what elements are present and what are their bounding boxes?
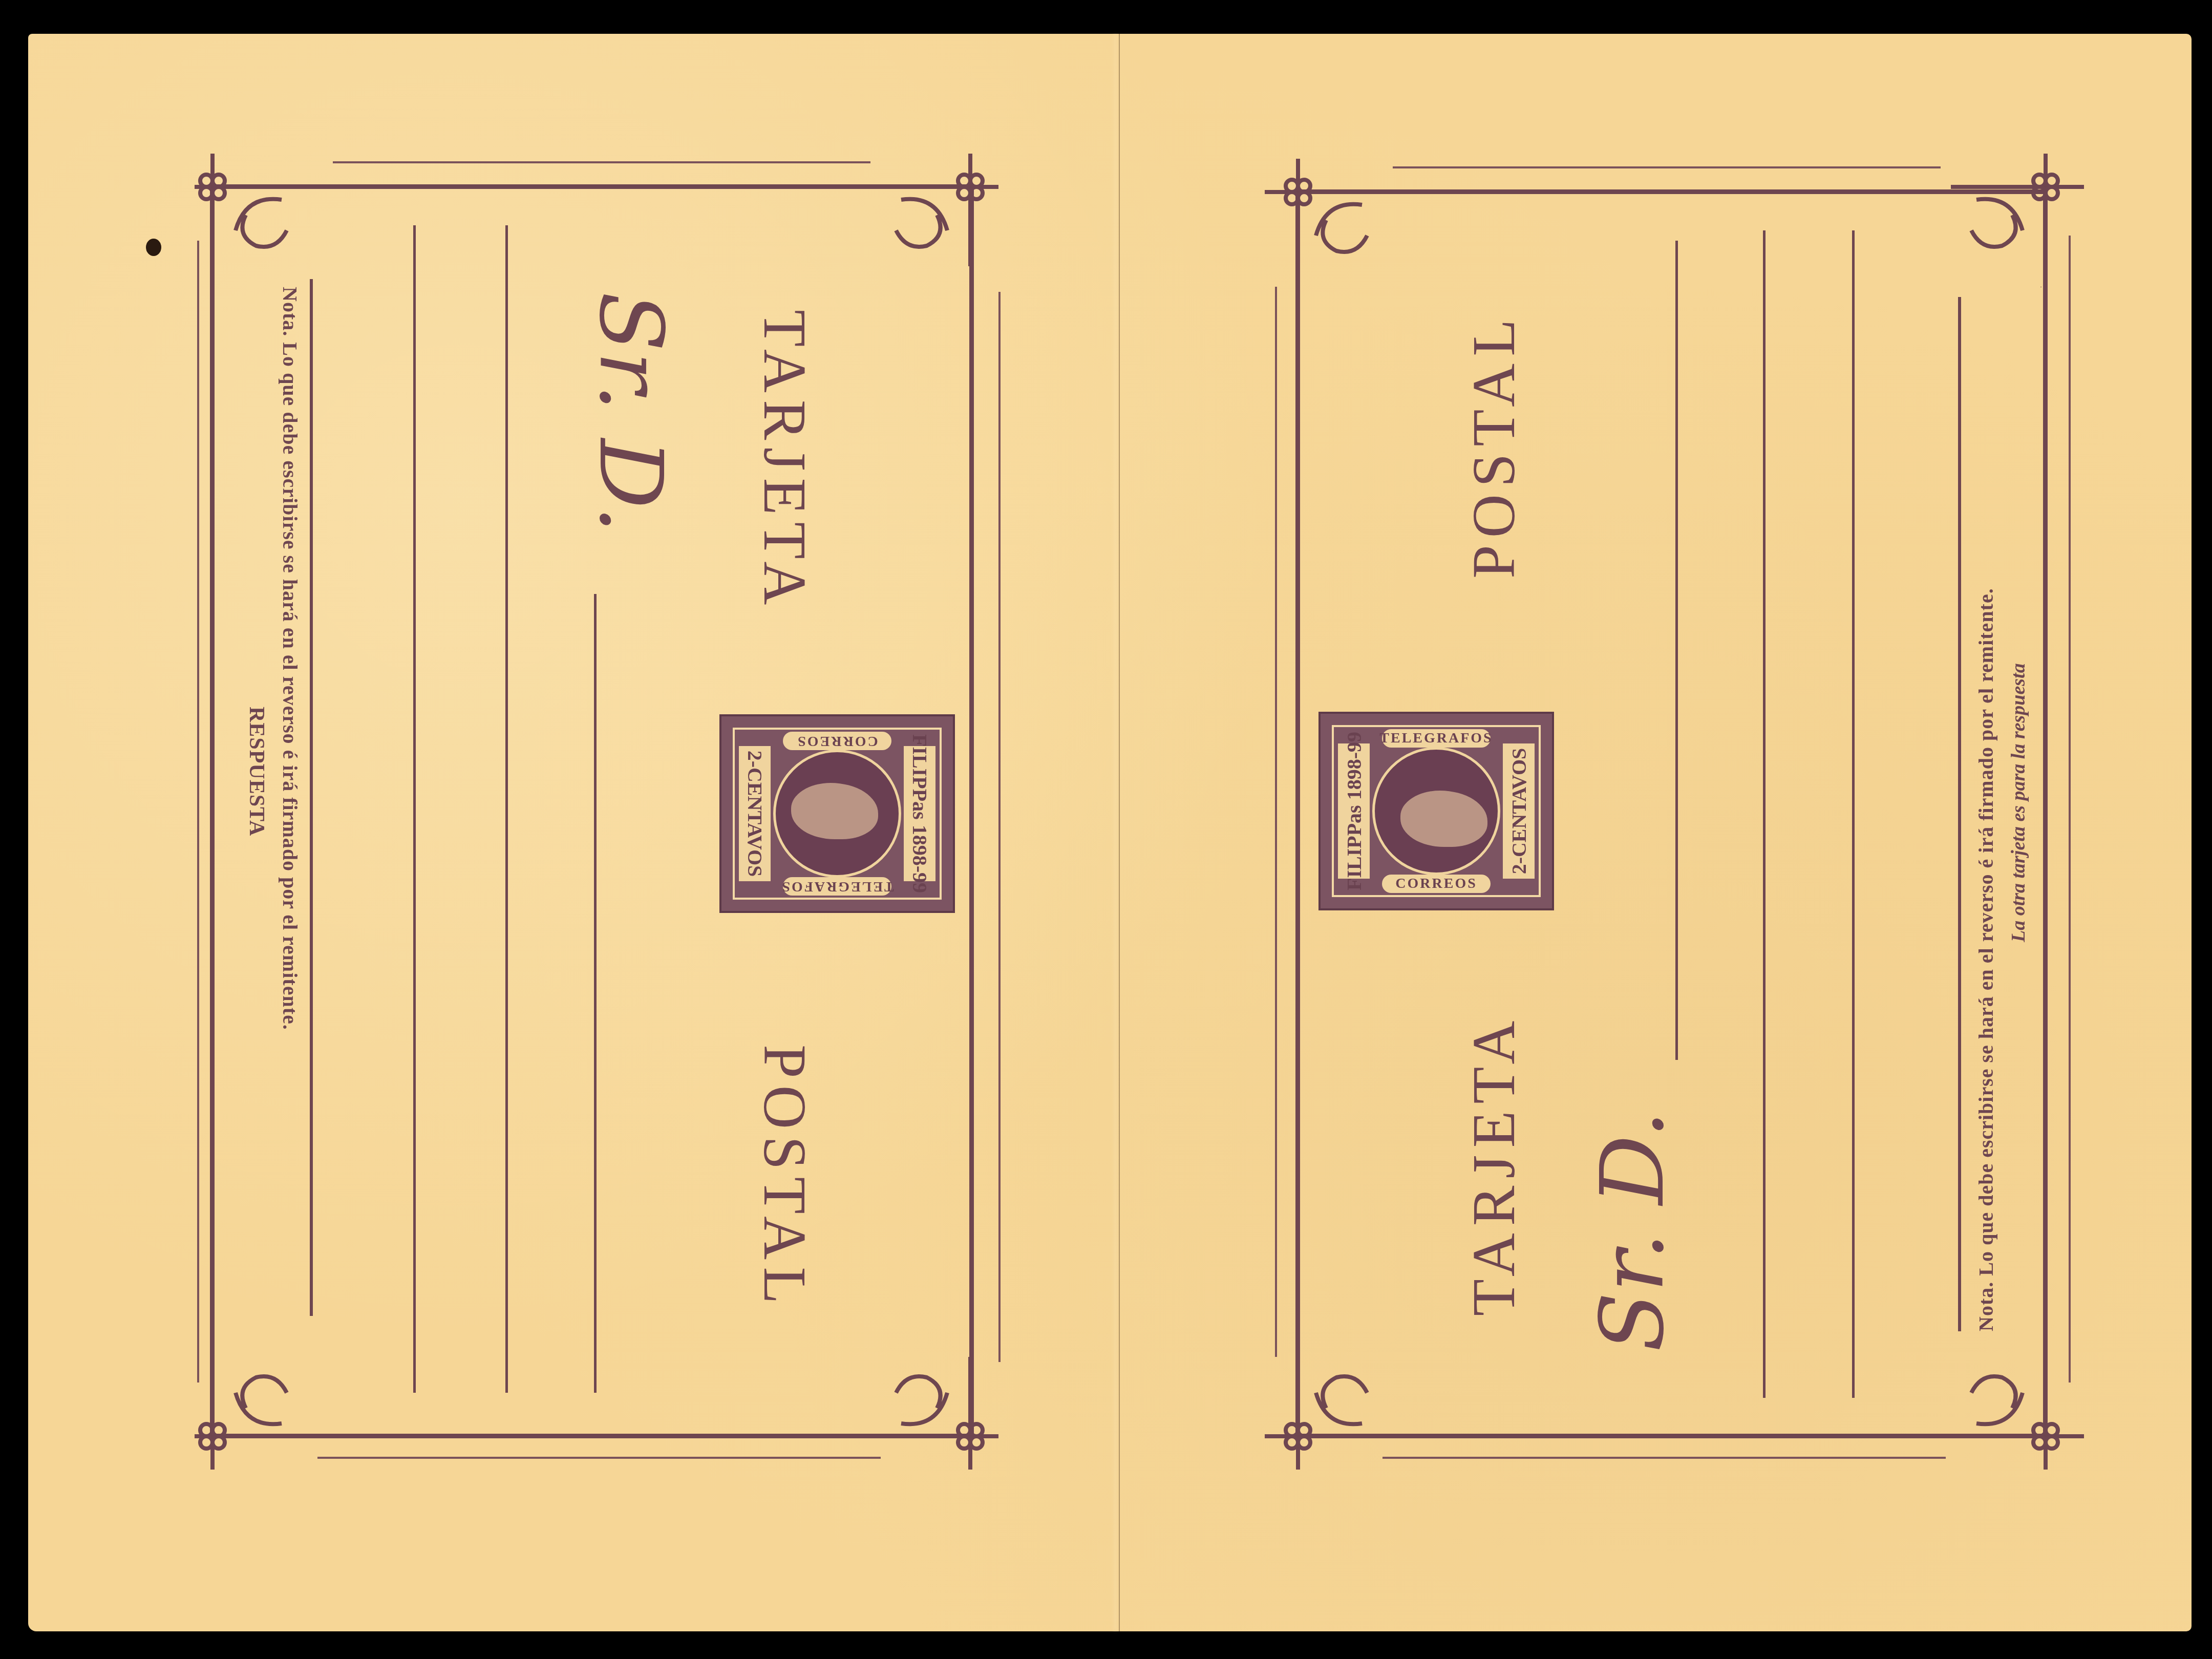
address-line-1 [1675, 241, 1678, 1060]
frame-top [1295, 189, 2048, 194]
punch-hole [146, 239, 161, 256]
frame-outer-bottom [1382, 1457, 1946, 1459]
left-respuesta: RESPUESTA [244, 707, 269, 836]
frame-outer-right [998, 292, 1001, 1362]
address-line-2 [505, 225, 508, 1393]
address-line-2 [1763, 230, 1766, 1398]
stamp-bottom-text: TELEGRAFOS [780, 878, 894, 895]
addressee-prefix: Sr. D. [1582, 1111, 1684, 1352]
left-note: Nota. Lo que debe escribirse se hará en … [278, 287, 302, 1030]
title-postal: POSTAL [1459, 312, 1529, 579]
frame-outer-right [2069, 236, 2071, 1382]
frame-left [210, 184, 215, 1439]
stamp-top-text: CORREOS [796, 733, 878, 749]
frame-outer-left [197, 241, 199, 1382]
note-rule [310, 279, 313, 1316]
king-portrait-icon [1372, 747, 1500, 875]
frame-outer-bottom [317, 1457, 881, 1459]
frame-bottom [1295, 1434, 2048, 1438]
right-note-sub: La otra tarjeta es para la respuesta [2007, 663, 2030, 942]
frame-outer-top [1393, 166, 1941, 168]
king-portrait-icon [773, 750, 901, 878]
note-label: Nota. [279, 287, 302, 336]
stamp-value-text: 2-CENTAVOS [1507, 748, 1531, 875]
stamp-top-text: TELEGRAFOS [1379, 730, 1493, 747]
frame-top [210, 184, 974, 189]
right-note: Nota. Lo que debe escribirse se hará en … [1974, 588, 1998, 1331]
stamp-value-text: 2-CENTAVOS [743, 751, 767, 877]
addressee-prefix: Sr. D. [580, 292, 681, 533]
stamp-2-centavos: FILIPPas 1898-99 2-CENTAVOS TELEGRAFOS C… [1318, 712, 1554, 910]
address-line-3 [594, 594, 597, 1393]
center-fold [1119, 34, 1120, 1631]
stamp-country-text: FILIPPas 1898-99 [1342, 732, 1366, 890]
note-text: Lo que debe escribirse se hará en el rev… [1974, 588, 1997, 1275]
frame-right [2043, 189, 2048, 1439]
note-rule [1958, 297, 1961, 1331]
title-postal: POSTAL [750, 1045, 819, 1311]
frame-bottom [210, 1434, 974, 1438]
note-text: Lo que debe escribirse se hará en el rev… [279, 342, 302, 1030]
title-tarjeta: TARJETA [750, 310, 819, 612]
stamp-country-text: FILIPPas 1898-99 [908, 734, 932, 893]
stamp-bottom-text: CORREOS [1395, 876, 1477, 892]
spacer [2040, 287, 2041, 287]
frame-outer-left [1275, 287, 1277, 1357]
note-label: Nota. [1974, 1282, 1997, 1331]
frame-left [1295, 189, 1300, 1439]
frame-outer-top [333, 161, 870, 163]
address-line-1 [413, 225, 416, 1393]
address-line-3 [1852, 230, 1855, 1398]
title-tarjeta: TARJETA [1459, 1014, 1529, 1316]
stamp-2-centavos: 2-CENTAVOS FILIPPas 1898-99 CORREOS TELE… [719, 714, 955, 913]
frame-right [969, 184, 974, 1439]
postal-card-sheet [28, 34, 2192, 1631]
